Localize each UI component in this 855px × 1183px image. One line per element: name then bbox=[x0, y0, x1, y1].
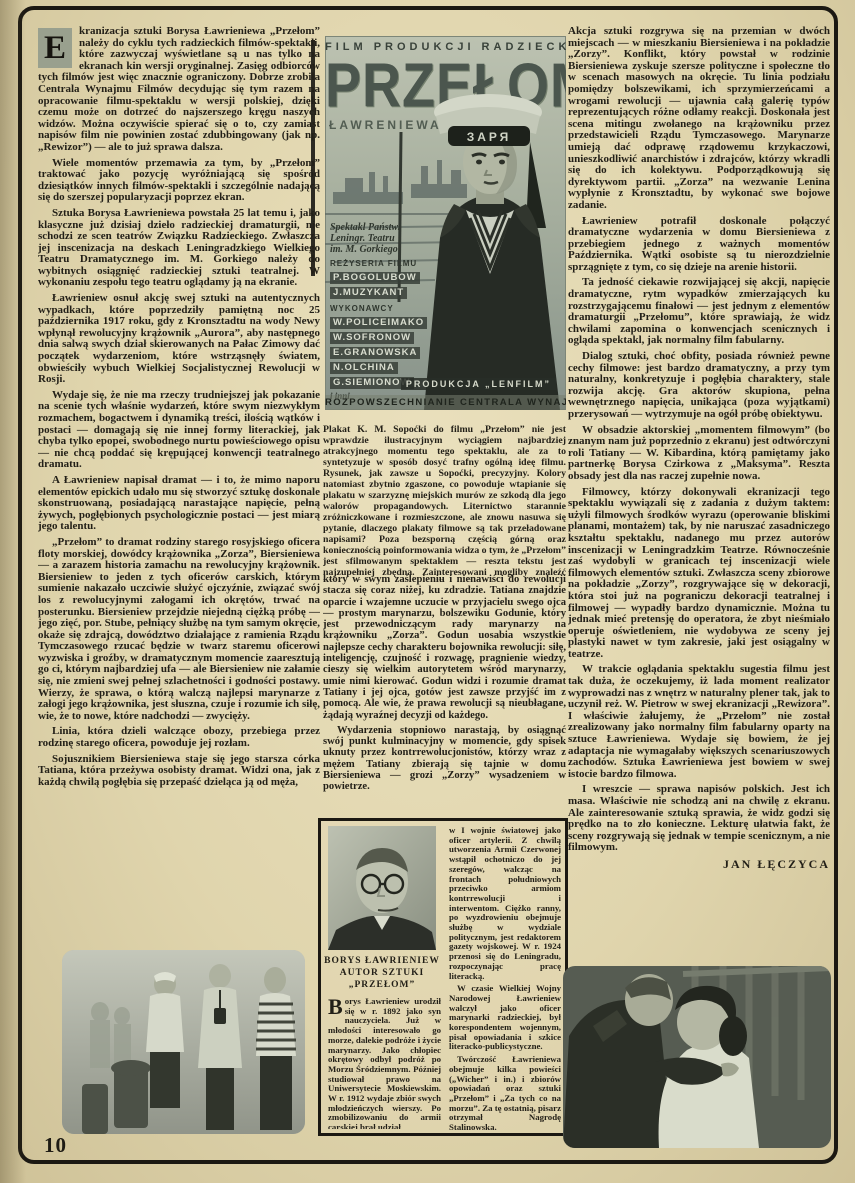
poster-credits: Spektakl Państw. Leningr. Teatru im. M. … bbox=[330, 222, 426, 402]
director-name: J.MUZYKANT bbox=[330, 287, 407, 299]
poster-caption-text: Plakat K. M. Sopoćki do filmu „Przełom” … bbox=[323, 424, 566, 580]
cast-name: W.POLICEIMAKO bbox=[330, 317, 427, 329]
paragraph-text: kranizacja sztuki Borysa Ławrieniewa „Pr… bbox=[38, 26, 320, 153]
author-portrait-illustration bbox=[328, 826, 436, 950]
bio-text: orys Ławrieniew urodził się w r. 1892 ja… bbox=[328, 997, 441, 1129]
sailor-illustration: ЗАРЯ bbox=[414, 78, 566, 410]
paragraph: Ławrieniew osnuł akcję swej sztuki na au… bbox=[38, 293, 320, 386]
paragraph: Wydaje się, że nie ma rzeczy trudniejsze… bbox=[38, 390, 320, 471]
paragraph: W czasie Wielkiej Wojny Narodowej Ławrie… bbox=[449, 984, 561, 1052]
paragraph: Ławrieniew potrafił doskonale połączyć d… bbox=[568, 216, 830, 274]
theater-note-line: Spektakl Państw. bbox=[330, 222, 426, 233]
paragraph: Ta jedność ciekawie rozwijającej się akc… bbox=[568, 277, 830, 347]
caption-line: BORYS ŁAWRIENIEW bbox=[323, 955, 441, 967]
film-still-deck-scene-photo bbox=[62, 950, 305, 1134]
magazine-page: Ekranizacja sztuki Borysa Ławrieniewa „P… bbox=[0, 0, 855, 1183]
paragraph: Akcja sztuki rozgrywa się na przemian w … bbox=[568, 26, 830, 212]
bio-left-column: Borys Ławrieniew urodził się w r. 1892 j… bbox=[328, 997, 441, 1129]
poster-distribution-label: ROZPOWSZECHNIANIE CENTRALA WYNAJMU FILMÓ… bbox=[325, 395, 566, 410]
article-left-column: Ekranizacja sztuki Borysa Ławrieniewa „P… bbox=[38, 26, 320, 948]
author-photo bbox=[328, 826, 436, 950]
paragraph: Linia, która dzieli walczące obozy, prze… bbox=[38, 726, 320, 749]
film-poster: FILM PRODUKCJI RADZIECKIEJ PRZEŁOM ŁAWRE… bbox=[325, 36, 566, 410]
cast-label: WYKONAWCY bbox=[330, 303, 426, 315]
film-still-embrace-photo bbox=[563, 966, 831, 1148]
paragraph: A Ławrieniew napisał dramat — i to, że m… bbox=[38, 475, 320, 533]
author-signature: JAN ŁĘCZYCA bbox=[568, 859, 830, 871]
article-right-column: Akcja sztuki rozgrywa się na przemian w … bbox=[568, 26, 830, 918]
author-bio-box: BORYS ŁAWRIENIEW AUTOR SZTUKI „PRZEŁOM” … bbox=[318, 818, 568, 1136]
theater-note-line: im. M. Gorkiego bbox=[330, 244, 426, 255]
cast-name: E.GRANOWSKA bbox=[330, 347, 420, 359]
theater-note-line: Leningr. Teatru bbox=[330, 233, 426, 244]
paragraph: Twórczość Ławrieniewa obejmuje kilka pow… bbox=[449, 1055, 561, 1130]
paragraph: Wiele momentów przemawia za tym, by „Prz… bbox=[38, 158, 320, 204]
cap-band-text: ЗАРЯ bbox=[467, 130, 512, 144]
bio-drop-cap: B bbox=[328, 997, 343, 1017]
author-photo-caption: BORYS ŁAWRIENIEW AUTOR SZTUKI „PRZEŁOM” bbox=[323, 955, 441, 991]
caption-line: „PRZEŁOM” bbox=[323, 979, 441, 991]
paragraph: Wydarzenia stopniowo narastają, by osiąg… bbox=[323, 725, 566, 793]
embrace-scene-illustration bbox=[563, 966, 831, 1148]
paragraph: Filmowcy, którzy dokonywali ekranizacji … bbox=[568, 487, 830, 661]
deck-scene-illustration bbox=[62, 950, 305, 1134]
bio-right-column: w I wojnie światowej jako oficer artyler… bbox=[449, 826, 561, 1130]
page-number: 10 bbox=[44, 1132, 67, 1158]
paragraph: „Przełom” to dramat rodziny starego rosy… bbox=[38, 537, 320, 723]
paragraph: Sojusznikiem Biersieniewa staje się jego… bbox=[38, 754, 320, 789]
article-middle-column: który w swym zaślepieniu i nienawiści do… bbox=[323, 574, 566, 814]
director-name: P.BOGOLUBOW bbox=[330, 272, 420, 284]
paragraph: I wreszcie — sprawa napisów polskich. Je… bbox=[568, 784, 830, 854]
drop-cap-initial: E bbox=[38, 28, 72, 68]
cast-name: W.SOFRONOW bbox=[330, 332, 414, 344]
paragraph: Sztuka Borysa Ławrieniewa powstała 25 la… bbox=[38, 208, 320, 289]
direction-label: REŻYSERIA FILMU bbox=[330, 258, 426, 270]
poster-caption: Plakat K. M. Sopoćki do filmu „Przełom” … bbox=[323, 424, 566, 580]
paragraph: W obsadzie aktorskiej „momentem filmowym… bbox=[568, 425, 830, 483]
caption-line: AUTOR SZTUKI bbox=[323, 967, 441, 979]
paragraph: Ekranizacja sztuki Borysa Ławrieniewa „P… bbox=[38, 26, 320, 154]
paragraph: w I wojnie światowej jako oficer artyler… bbox=[449, 826, 561, 981]
paragraph: który w swym zaślepieniu i nienawiści do… bbox=[323, 574, 566, 721]
paragraph: Dialog sztuki, choć obfity, posiada równ… bbox=[568, 351, 830, 421]
paragraph: W trakcie oglądania spektaklu sugestia f… bbox=[568, 664, 830, 780]
poster-production-label: PRODUKCJA „LENFILM” bbox=[401, 378, 556, 390]
cast-name: N.OLCHINA bbox=[330, 362, 398, 374]
